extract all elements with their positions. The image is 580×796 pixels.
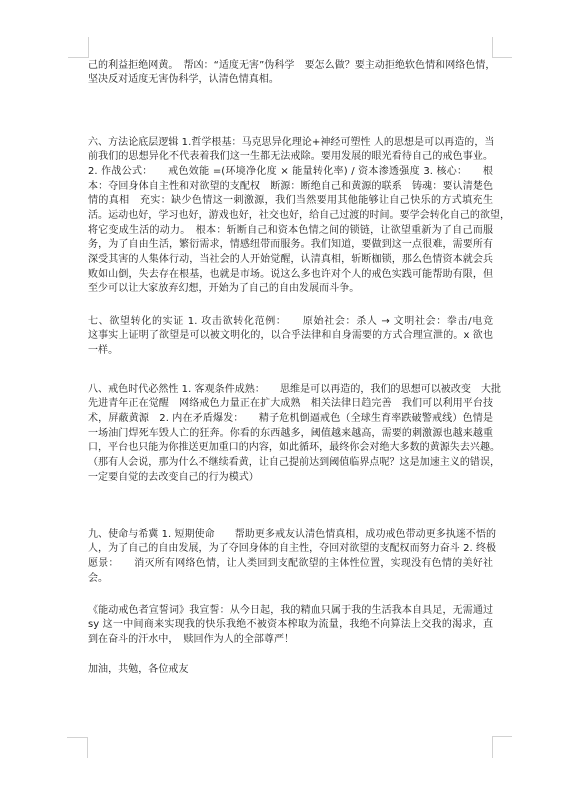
- text-line: 深受其害的人集体行动，当社会的人开始觉醒，认清真相，斩断枷锁，那么色情资本就会兵: [88, 253, 493, 268]
- text-line: 人，为了自己的自由发展，为了夺回身体的自主性，夺回对欲望的支配权而努力奋斗 2.…: [88, 542, 493, 557]
- margin-mark-bottom-left-horizontal: [67, 737, 87, 738]
- margin-mark-bottom-left-vertical: [87, 737, 88, 758]
- paragraph-oath: 《能动戒色者宣誓词》我宣誓：从今日起，我的精血只属于我的生活我本自具足，无需通过…: [88, 604, 493, 648]
- text-line: 术，屏蔽黄源 2. 内在矛盾爆发： 精子危机倒逼戒色（全球生育率跌破警戒线）色情…: [88, 412, 493, 427]
- text-line: 一定要自觉的去改变自己的行为模式）: [88, 471, 493, 486]
- text-line: 活。运动也好，学习也好，游戏也好，社交也好，给自己过渡的时间。要学会转化自己的欲…: [88, 209, 493, 224]
- text-line: 坚决反对适度无害伪科学，认清色情真相。: [88, 73, 493, 88]
- section-heading-line: 六、方法论底层逻辑 1.哲学根基：马克思异化理论+神经可塑性 人的思想是可以再造…: [88, 136, 493, 151]
- paragraph-section-7-desire-transformation: 七、欲望转化的实证 1. 攻击欲转化范例： 原始社会：杀人 → 文明社会：拳击/…: [88, 315, 493, 359]
- margin-mark-top-right-horizontal: [492, 57, 512, 58]
- text-line: 《能动戒色者宣誓词》我宣誓：从今日起，我的精血只属于我的生活我本自具足，无需通过: [88, 604, 493, 619]
- text-line: 本：夺回身体自主性和对欲望的支配权 断源：断绝自己和黄源的联系 铸魂：要认清楚色: [88, 180, 493, 195]
- paragraph-closing: 加油，共勉，各位戒友: [88, 663, 493, 678]
- margin-mark-top-left-vertical: [88, 37, 89, 58]
- document-page[interactable]: 己的利益拒绝网黄。 帮凶：“适度无害”伪科学 要怎么做？要主动拒绝软色情和网络色…: [0, 0, 580, 796]
- text-line: 这事实上证明了欲望是可以被文明化的，以合乎法律和自身需要的方式合理宣泄的。x 欲…: [88, 329, 493, 344]
- margin-mark-bottom-right-vertical: [492, 736, 493, 758]
- paragraph-section-8-inevitability: 八、戒色时代必然性 1. 客观条件成熟： 思维是可以再造的，我们的思想可以被改变…: [88, 383, 493, 486]
- paragraph-section-9-mission: 九、使命与希冀 1. 短期使命 帮助更多戒友认清色情真相，成功戒色带动更多执迷不…: [88, 528, 493, 587]
- section-heading-line: 七、欲望转化的实证 1. 攻击欲转化范例： 原始社会：杀人 → 文明社会：拳击/…: [88, 315, 493, 330]
- text-line: 情的真相 充实：缺少色情这一刺激源，我们当然要用其他能够让自己快乐的方式填充生: [88, 194, 493, 209]
- margin-mark-top-left-horizontal: [68, 57, 88, 58]
- text-line: 口，平台也只能为你推送更加重口的内容，如此循环，最终你会对绝大多数的黄源失去兴趣…: [88, 441, 493, 456]
- paragraph-section-6-methodology: 六、方法论底层逻辑 1.哲学根基：马克思异化理论+神经可塑性 人的思想是可以再造…: [88, 136, 493, 298]
- text-line: 己的利益拒绝网黄。 帮凶：“适度无害”伪科学 要怎么做？要主动拒绝软色情和网络色…: [88, 59, 493, 74]
- text-line: 前我们的思想异化不代表着我们这一生都无法戒除。要用发展的眼光看待自己的戒色事业。: [88, 150, 493, 165]
- section-heading-line: 八、戒色时代必然性 1. 客观条件成熟： 思维是可以再造的，我们的思想可以被改变…: [88, 383, 493, 398]
- text-line: 加油，共勉，各位戒友: [88, 663, 493, 678]
- margin-mark-top-right-vertical: [492, 37, 493, 58]
- text-line: 会。: [88, 572, 493, 587]
- text-line: 一样。: [88, 344, 493, 359]
- text-line: （那有人会说，那为什么不继续看黄，让自己提前达到阈值临界点呢？这是加速主义的错误…: [88, 456, 493, 471]
- text-line: 愿景： 消灭所有网络色情，让人类回到支配欲望的主体性位置，实现没有色情的美好社: [88, 557, 493, 572]
- text-line: 将它变成生活的动力。 根本：斩断自己和资本色情之间的锁链，让欲望重新为了自己而服: [88, 224, 493, 239]
- text-line: 至少可以让大家放弃幻想，开始为了自己的自由发展而斗争。: [88, 282, 493, 297]
- paragraph-intro-continuation: 己的利益拒绝网黄。 帮凶：“适度无害”伪科学 要怎么做？要主动拒绝软色情和网络色…: [88, 59, 493, 88]
- text-line: 一场油门焊死车毁人亡的狂奔。你看的东西越多，阈值越来越高，需要的刺激源也越来越重: [88, 427, 493, 442]
- text-line: sy 这一中间商来实现我的快乐我绝不被资本榨取为流量，我绝不向算法上交我的渴求，…: [88, 618, 493, 633]
- text-line: 2. 作战公式： 戒色效能 =(环境净化度 × 能量转化率) / 资本渗透强度 …: [88, 165, 493, 180]
- section-heading-line: 九、使命与希冀 1. 短期使命 帮助更多戒友认清色情真相，成功戒色带动更多执迷不…: [88, 528, 493, 543]
- text-line: 败如山倒，失去存在根基，也就是市场。说这么多也许对个人的戒色实践可能帮助有限，但: [88, 268, 493, 283]
- text-line: 先进青年正在觉醒 网络戒色力量正在扩大成熟 相关法律日趋完善 我们可以利用平台技: [88, 397, 493, 412]
- text-line: 到在奋斗的汗水中， 赎回作为人的全部尊严！: [88, 633, 493, 648]
- margin-mark-bottom-right-horizontal: [492, 736, 512, 737]
- text-line: 务，为了自由生活，繁衍需求，情感纽带而服务。我们知道，要做到这一点很难，需要所有: [88, 238, 493, 253]
